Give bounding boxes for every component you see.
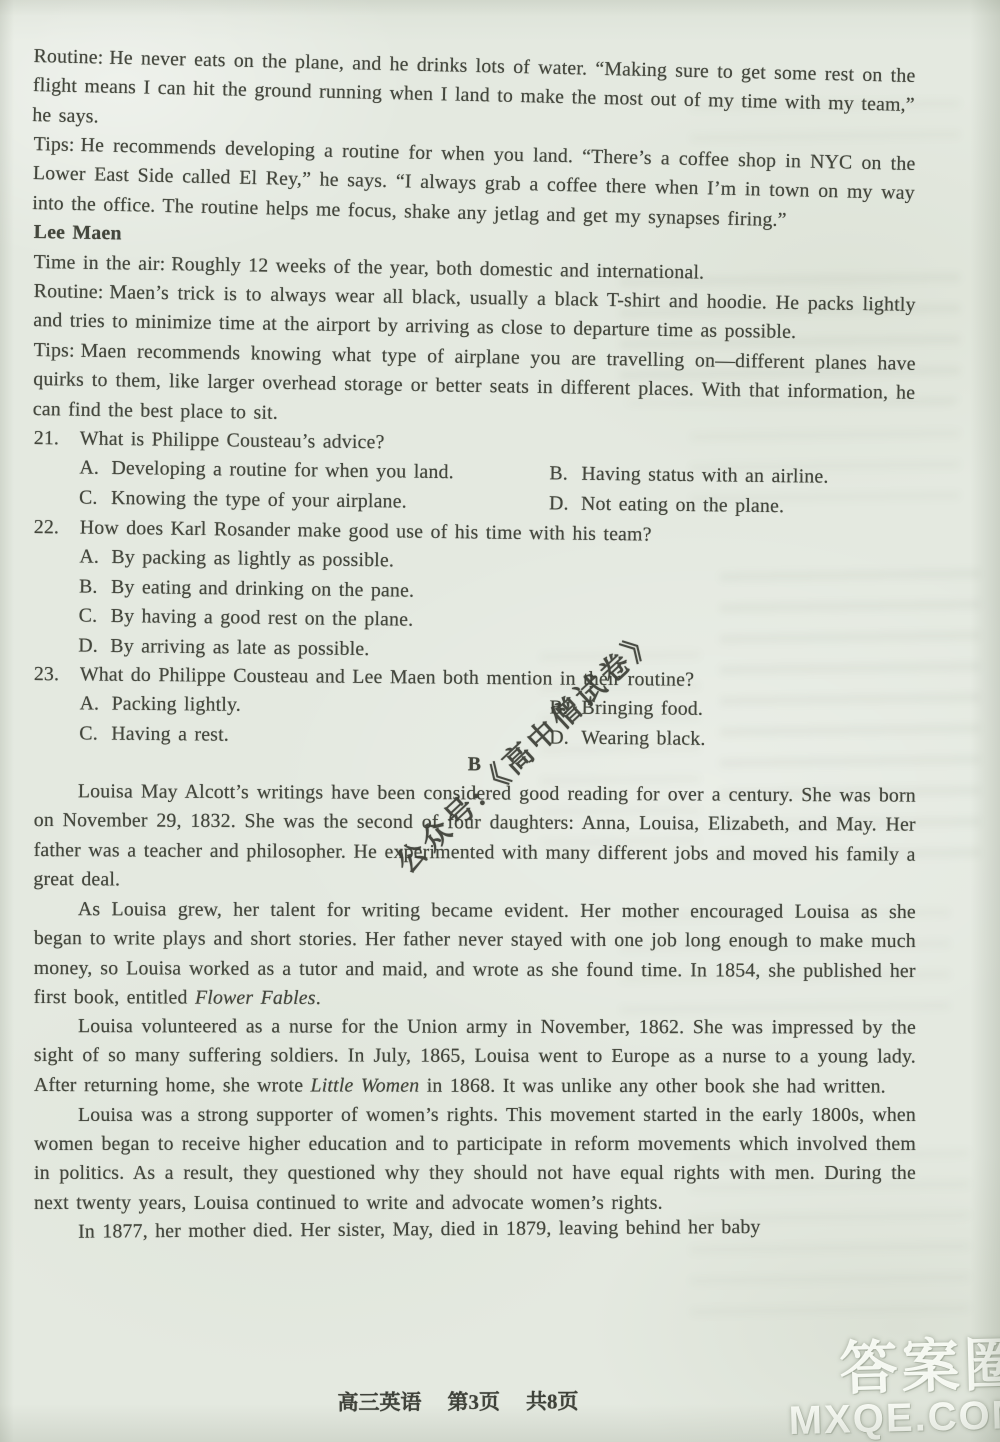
option-text: Having status with an airline. [581, 463, 828, 488]
paragraph-text: He recommends developing a routine for w… [32, 134, 916, 231]
option-label: A. [79, 542, 111, 572]
option-label: C. [79, 601, 111, 631]
option-label: B. [549, 460, 581, 490]
paragraph-label: Time in the air: [34, 251, 166, 275]
footer-page-number: 第3页 [447, 1390, 500, 1414]
option-text: Not eating on the plane. [581, 493, 784, 517]
paragraph-text: Maen recommends knowing what type of air… [33, 340, 916, 424]
question-stem-text: How does Karl Rosander make good use of … [80, 516, 652, 545]
option-text: Knowing the type of your airplane. [111, 487, 407, 513]
brand-name: 答案圈 [786, 1337, 1000, 1399]
question-21: 21.What is Philippe Cousteau’s advice? A… [33, 424, 916, 523]
option-text: By eating and drinking on the pane. [111, 575, 414, 601]
exam-page: Routine:He never eats on the plane, and … [0, 0, 1000, 1442]
option-c: C.Having a rest. [79, 719, 549, 753]
passage-b-paragraph-4: Louisa was a strong supporter of women’s… [34, 1101, 916, 1219]
option-label: A. [79, 454, 111, 484]
option-b: B.Having status with an airline. [549, 460, 915, 494]
passage-b-paragraph-5: In 1877, her mother died. Her sister, Ma… [34, 1212, 916, 1248]
option-label: B. [79, 572, 111, 602]
paragraph-text: . [316, 987, 321, 1009]
option-a: A.Packing lightly. [79, 689, 549, 723]
paragraph-text: As Louisa grew, her talent for writing b… [34, 898, 916, 1009]
question-22: 22.How does Karl Rosander make good use … [32, 513, 916, 671]
option-d: D.Not eating on the plane. [549, 489, 915, 523]
question-number: 23. [34, 660, 80, 690]
page-footer: 高三英语第3页共8页 [0, 1384, 916, 1419]
question-stem-text: What is Philippe Cousteau’s advice? [80, 428, 385, 454]
lee-tips-paragraph: Tips:Maen recommends knowing what type o… [33, 336, 916, 438]
option-label: A. [79, 689, 111, 719]
option-label: C. [79, 719, 111, 749]
brand-watermark: 答案圈 MXQE.COM [786, 1337, 1000, 1442]
paragraph-label: Routine: [33, 45, 103, 69]
paragraph-text: Maen’s trick is to always wear all black… [33, 281, 916, 343]
option-label: D. [549, 489, 581, 519]
option-text: By arriving as late as possible. [110, 634, 369, 659]
exam-content: Routine:He never eats on the plane, and … [0, 0, 1000, 1248]
paragraph-text: Roughly 12 weeks of the year, both domes… [171, 253, 704, 283]
passage-b-paragraph-3: Louisa volunteered as a nurse for the Un… [34, 1012, 916, 1102]
book-title-italic: Little Women [311, 1075, 420, 1097]
option-text: By packing as lightly as possible. [111, 546, 394, 571]
option-text: Packing lightly. [112, 693, 242, 716]
passage-b-paragraph-2: As Louisa grew, her talent for writing b… [34, 895, 916, 1016]
paragraph-label: Tips: [34, 339, 75, 362]
footer-course: 高三英语 [337, 1390, 421, 1414]
option-text: Having a rest. [111, 722, 229, 745]
option-text: Developing a routine for when you land. [111, 458, 454, 484]
question-number: 22. [34, 513, 80, 543]
paragraph-label: Routine: [34, 280, 104, 303]
option-label: C. [79, 484, 111, 514]
brand-site: MXQE.COM [788, 1393, 1000, 1442]
paragraph-text: in 1868. It was unlike any other book sh… [419, 1075, 886, 1098]
option-label: D. [78, 631, 110, 661]
option-text: Wearing black. [581, 726, 705, 749]
option-text: By having a good rest on the plane. [111, 605, 414, 631]
question-23: 23.What do Philippe Cousteau and Lee Mae… [33, 660, 916, 756]
paragraph-label: Tips: [33, 133, 74, 156]
book-title-italic: Flower Fables [195, 987, 316, 1009]
paragraph-text: He never eats on the plane, and he drink… [32, 47, 916, 128]
question-number: 21. [34, 424, 80, 454]
footer-total-pages: 共8页 [526, 1389, 579, 1413]
